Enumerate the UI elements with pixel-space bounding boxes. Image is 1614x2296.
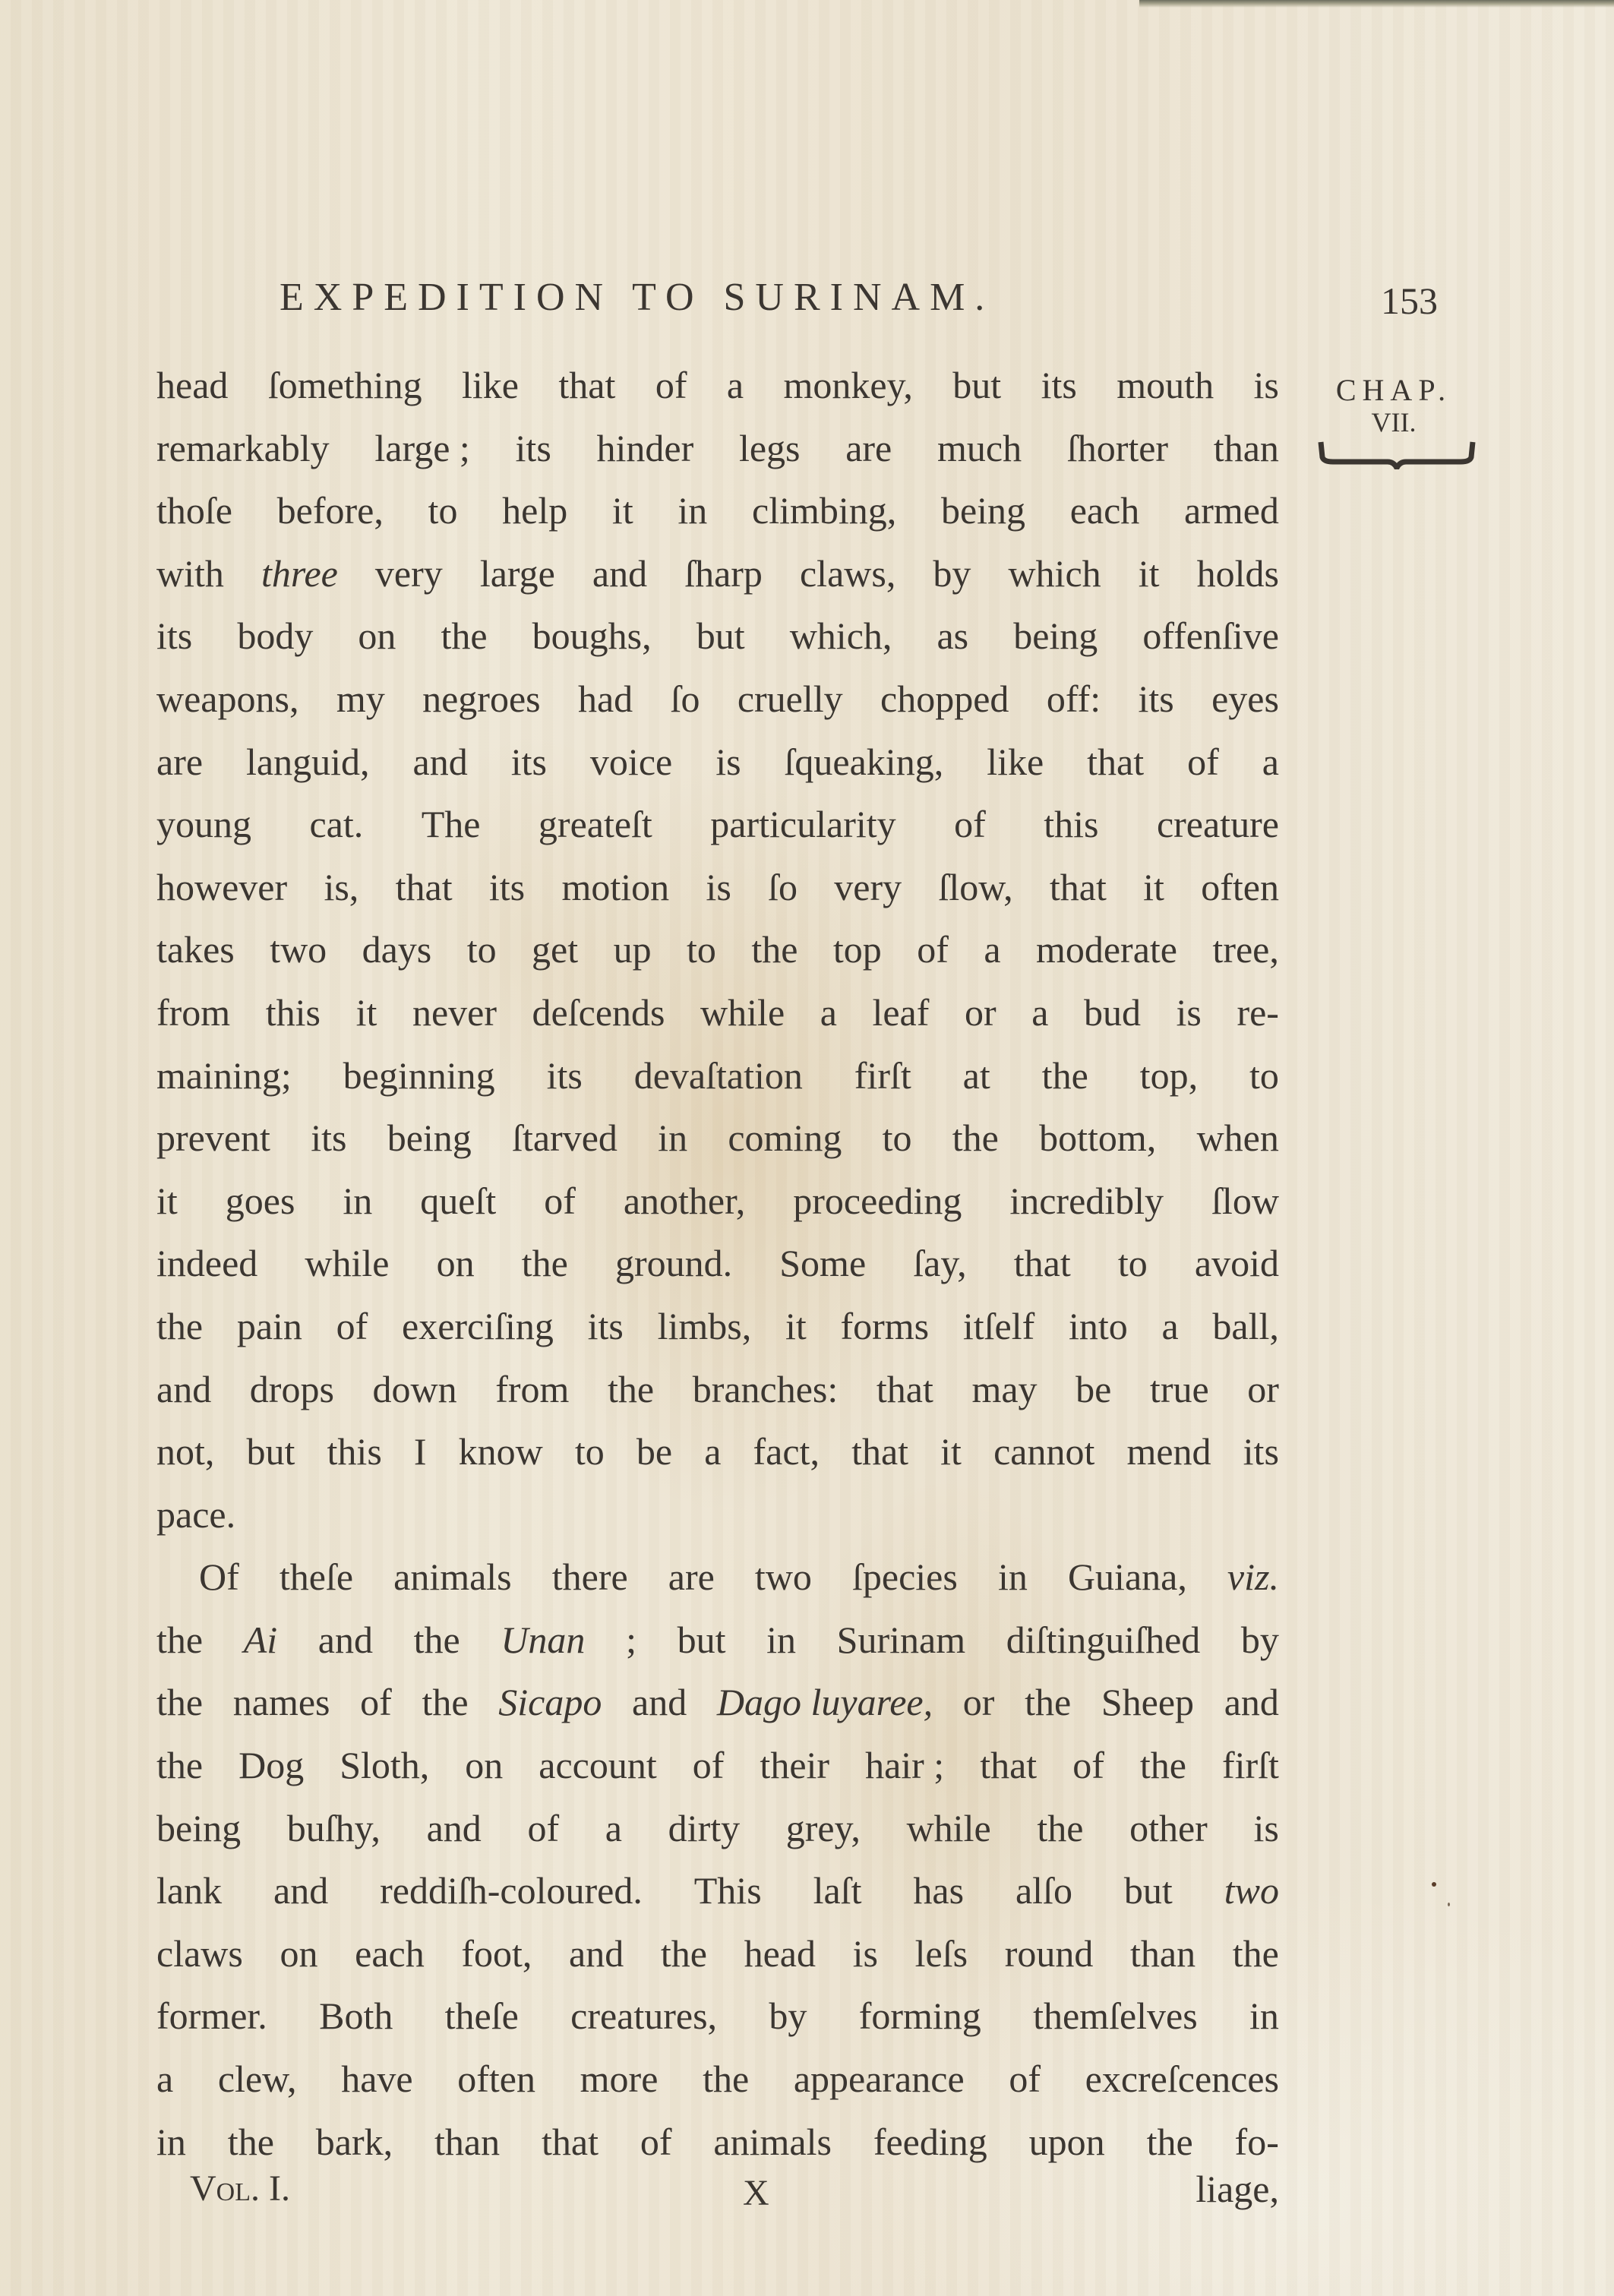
text-line: not,butthisIknowtobeafact,thatitcannotme… <box>156 1420 1279 1483</box>
word: ſpecies <box>852 1546 958 1609</box>
word: limbs, <box>658 1295 752 1358</box>
word: on <box>358 605 396 668</box>
word: its <box>311 1107 346 1170</box>
italic-word: two <box>1224 1859 1279 1922</box>
text-line: takestwodaystogetuptothetopofamoderatetr… <box>156 918 1279 981</box>
word: firſt <box>854 1044 911 1107</box>
word: other <box>1129 1797 1208 1860</box>
italic-word: Dago luyaree, <box>717 1671 933 1734</box>
word: fo- <box>1235 2111 1279 2174</box>
word: maining; <box>156 1044 292 1107</box>
word: the <box>522 1232 568 1295</box>
word: when <box>1197 1107 1279 1170</box>
word: ſo <box>768 856 798 919</box>
word: and <box>1224 1671 1279 1734</box>
word: the <box>608 1358 654 1421</box>
word: weapons, <box>156 668 298 731</box>
word: holds <box>1197 542 1279 605</box>
word: upon <box>1029 2111 1105 2174</box>
word: but <box>1124 1859 1173 1922</box>
word: laſt <box>813 1859 862 1922</box>
word: it <box>612 479 633 542</box>
word: a <box>727 354 744 417</box>
word: leaf <box>872 981 929 1044</box>
word: mouth <box>1117 354 1214 417</box>
word: off: <box>1047 668 1101 731</box>
word: true <box>1150 1358 1209 1421</box>
word: in <box>766 1609 796 1672</box>
word: boughs, <box>532 605 652 668</box>
word: the <box>1147 2111 1193 2174</box>
word: names <box>233 1671 330 1734</box>
text-line: lankandreddiſh-coloured.Thislaſthasalſob… <box>156 1859 1279 1922</box>
word: to <box>467 918 497 981</box>
italic-word: three <box>261 542 338 605</box>
word: than <box>1214 417 1279 480</box>
word: up <box>614 918 652 981</box>
word: head <box>156 354 228 417</box>
word: the <box>1042 1044 1088 1107</box>
word: each <box>355 1922 425 1985</box>
word: on <box>465 1734 503 1797</box>
word: lank <box>156 1859 222 1922</box>
word: while <box>305 1232 389 1295</box>
word: are <box>845 417 892 480</box>
word: in <box>156 2111 186 2174</box>
word: greateſt <box>539 793 652 856</box>
word: devaſtation <box>634 1044 803 1107</box>
word: it <box>785 1295 807 1358</box>
italic-word: viz. <box>1227 1546 1279 1609</box>
word: on <box>437 1232 475 1295</box>
word: than <box>1130 1922 1195 1985</box>
word: may <box>971 1358 1037 1421</box>
word: proceeding <box>793 1170 962 1233</box>
word: by <box>1241 1609 1279 1672</box>
word: hair ; <box>865 1734 944 1797</box>
word: dirty <box>668 1797 740 1860</box>
chapter-label: CHAP. <box>1318 372 1470 409</box>
word: of <box>1187 731 1219 794</box>
word: queſt <box>420 1170 496 1233</box>
word: be <box>636 1420 672 1483</box>
word: leſs <box>915 1922 968 1985</box>
word: is <box>706 856 731 919</box>
text-line: fromthisitneverdeſcendswhilealeaforabudi… <box>156 981 1279 1044</box>
word: Sloth, <box>340 1734 429 1797</box>
margin-note-chapter: CHAP. VII. <box>1318 372 1470 469</box>
word: very <box>375 542 443 605</box>
word: its <box>1243 1420 1279 1483</box>
word: a <box>984 918 1000 981</box>
word: or <box>1247 1358 1279 1421</box>
word: of <box>527 1797 559 1860</box>
word: of <box>1072 1734 1104 1797</box>
word: that <box>1050 856 1107 919</box>
word: than <box>434 2111 500 2174</box>
word: Guiana, <box>1068 1546 1187 1609</box>
text-line: aclew,haveoftenmoretheappearanceofexcreſ… <box>156 2048 1279 2111</box>
word: ſo <box>671 668 700 731</box>
word: round <box>1005 1922 1094 1985</box>
word: to <box>428 479 458 542</box>
word: the <box>1233 1922 1279 1985</box>
word: forms <box>840 1295 929 1358</box>
word: in <box>678 479 707 542</box>
word: each <box>1070 479 1140 542</box>
word: ſharp <box>684 542 763 605</box>
word: negroes <box>422 668 541 731</box>
word: the <box>703 2048 749 2111</box>
word: account <box>539 1734 656 1797</box>
word: motion <box>561 856 669 919</box>
word: is <box>715 731 741 794</box>
word: into <box>1069 1295 1128 1358</box>
word: but <box>247 1420 295 1483</box>
word: exerciſing <box>402 1295 554 1358</box>
word: ball, <box>1212 1295 1278 1358</box>
paper-speck <box>1448 1903 1450 1906</box>
word: never <box>412 981 497 1044</box>
word: on <box>280 1922 317 1985</box>
word: of <box>544 1170 576 1233</box>
word: mend <box>1126 1420 1211 1483</box>
word: themſelves <box>1033 1985 1198 2048</box>
word: ſay, <box>913 1232 966 1295</box>
word: avoid <box>1195 1232 1279 1295</box>
word: drops <box>250 1358 334 1421</box>
word: Of <box>199 1546 239 1609</box>
word: the <box>156 1609 203 1672</box>
word: in <box>998 1546 1028 1609</box>
word: former. <box>156 1985 267 2048</box>
word: The <box>422 793 481 856</box>
word: its <box>516 417 551 480</box>
word: re- <box>1237 981 1279 1044</box>
word: often <box>1201 856 1279 919</box>
footer-catchword: liage, <box>1001 2166 1279 2212</box>
italic-word: Unan <box>501 1609 585 1672</box>
word: ſlow <box>1211 1170 1279 1233</box>
word: the <box>661 1922 707 1985</box>
word: cannot <box>993 1420 1094 1483</box>
text-line: thenamesoftheSicapoandDago luyaree,orthe… <box>156 1671 1279 1734</box>
word: its <box>511 731 547 794</box>
text-line: clawsoneachfoot,andtheheadisleſsroundtha… <box>156 1922 1279 1985</box>
word: theſe <box>280 1546 353 1609</box>
word: ſtarved <box>512 1107 617 1170</box>
word: its <box>156 605 192 668</box>
word: a <box>1162 1295 1179 1358</box>
word: the <box>228 2111 274 2174</box>
word: the <box>1140 1734 1186 1797</box>
word: being <box>156 1797 241 1860</box>
word: not, <box>156 1420 214 1483</box>
text-line: weapons,mynegroeshadſocruellychoppedoff:… <box>156 668 1279 731</box>
word: theſe <box>445 1985 519 2048</box>
word: top, <box>1140 1044 1198 1107</box>
text-line: remarkablylarge ;itshinderlegsaremuchſho… <box>156 417 1279 480</box>
word: offenſive <box>1142 605 1279 668</box>
word: goes <box>226 1170 295 1233</box>
text-line: itgoesinqueſtofanother,proceedingincredi… <box>156 1170 1279 1233</box>
word: its <box>588 1295 624 1358</box>
word: claws <box>156 1922 243 1985</box>
word: is <box>1254 1797 1279 1860</box>
word: be <box>1075 1358 1111 1421</box>
word: like <box>987 731 1044 794</box>
word: to <box>1118 1232 1148 1295</box>
word: to <box>883 1107 912 1170</box>
word: its <box>547 1044 583 1107</box>
word: and <box>632 1671 687 1734</box>
word: ground. <box>615 1232 732 1295</box>
word: thoſe <box>156 479 232 542</box>
word: help <box>502 479 567 542</box>
word: like <box>462 354 519 417</box>
word: that <box>1087 731 1144 794</box>
word: it <box>356 981 377 1044</box>
word: another, <box>624 1170 745 1233</box>
word: as <box>936 605 968 668</box>
word: this <box>327 1420 382 1483</box>
word: ſqueaking, <box>785 731 944 794</box>
text-line: OftheſeanimalstherearetwoſpeciesinGuiana… <box>156 1546 1279 1609</box>
word: clew, <box>218 2048 297 2111</box>
word: forming <box>859 1985 981 2048</box>
running-head: EXPEDITION TO SURINAM. <box>280 275 994 321</box>
word: however <box>156 856 287 919</box>
italic-word: Sicapo <box>498 1671 602 1734</box>
word: foot, <box>461 1922 532 1985</box>
text-line: preventitsbeingſtarvedincomingtothebotto… <box>156 1107 1279 1170</box>
word: while <box>700 981 785 1044</box>
text-line: beingbuſhy,andofadirtygrey,whiletheother… <box>156 1797 1279 1860</box>
word: remarkably <box>156 417 330 480</box>
word: or <box>963 1671 995 1734</box>
chapter-number: VII. <box>1318 409 1470 436</box>
word: Both <box>319 1985 393 2048</box>
word: get <box>532 918 578 981</box>
word: at <box>963 1044 990 1107</box>
word: a <box>820 981 837 1044</box>
word: by <box>769 1985 807 2048</box>
word: and <box>318 1609 373 1672</box>
word: which, <box>790 605 892 668</box>
word: which <box>1008 542 1101 605</box>
word: and <box>273 1859 328 1922</box>
footer-signature-mark: X <box>743 2171 769 2216</box>
word: a <box>1031 981 1048 1044</box>
word: in <box>658 1107 687 1170</box>
word: it <box>940 1420 962 1483</box>
text-line: inthebark,thanthatofanimalsfeedinguponth… <box>156 2111 1279 2174</box>
word: their <box>760 1734 829 1797</box>
word: often <box>457 2048 535 2111</box>
word: to <box>575 1420 605 1483</box>
page-top-edge-shadow <box>1139 0 1614 8</box>
word: the <box>441 605 487 668</box>
word: monkey, <box>784 354 913 417</box>
word: that <box>1014 1232 1071 1295</box>
word: Some <box>779 1232 866 1295</box>
word: it <box>156 1170 178 1233</box>
word: and <box>427 1797 482 1860</box>
word: moderate <box>1036 918 1177 981</box>
text-line: arelanguid,anditsvoiceisſqueaking,liketh… <box>156 731 1279 794</box>
word: of <box>954 793 986 856</box>
word: two <box>270 918 327 981</box>
word: the <box>952 1107 999 1170</box>
word: Sheep <box>1101 1671 1194 1734</box>
text-line: howeveris,thatitsmotionisſoveryſlow,that… <box>156 856 1279 919</box>
word: but <box>678 1609 726 1672</box>
word: climbing, <box>752 479 896 542</box>
word: that <box>558 354 615 417</box>
word: particularity <box>710 793 895 856</box>
word: pace. <box>156 1483 235 1546</box>
word: of <box>360 1671 392 1734</box>
word: days <box>362 918 432 981</box>
footer-volume: Vol. I. <box>190 2166 290 2212</box>
word: or <box>965 981 997 1044</box>
word: of <box>917 918 949 981</box>
curly-brace-icon <box>1318 439 1477 469</box>
word: more <box>580 2048 659 2111</box>
word: is <box>1254 354 1279 417</box>
word: the <box>156 1734 203 1797</box>
word: claws, <box>800 542 895 605</box>
word: reddiſh-coloured. <box>380 1859 643 1922</box>
page-number: 153 <box>1381 278 1438 324</box>
word: the <box>414 1609 460 1672</box>
word: but <box>696 605 745 668</box>
word: diſtinguiſhed <box>1006 1609 1201 1672</box>
word: feeding <box>873 2111 987 2174</box>
word: cruelly <box>738 668 843 731</box>
word: are <box>668 1546 715 1609</box>
word: ſomething <box>268 354 422 417</box>
word: to <box>687 918 716 981</box>
word: down <box>373 1358 457 1421</box>
word: coming <box>728 1107 842 1170</box>
word: had <box>578 668 633 731</box>
word: being <box>941 479 1025 542</box>
word: This <box>694 1859 762 1922</box>
word: its <box>1041 354 1077 417</box>
word: its <box>489 856 525 919</box>
word: voice <box>590 731 672 794</box>
word: my <box>336 668 385 731</box>
word: the <box>156 1295 203 1358</box>
word: hinder <box>597 417 694 480</box>
word: is <box>1177 981 1202 1044</box>
word: itſelf <box>963 1295 1034 1358</box>
word: this <box>1044 793 1098 856</box>
word: and <box>569 1922 624 1985</box>
word: pain <box>237 1295 302 1358</box>
word: incredibly <box>1009 1170 1164 1233</box>
text-line: thoſebefore,tohelpitinclimbing,beingeach… <box>156 479 1279 542</box>
word: and <box>592 542 647 605</box>
word: creature <box>1157 793 1279 856</box>
word: animals <box>393 1546 512 1609</box>
word: is <box>853 1922 878 1985</box>
word: alſo <box>1015 1859 1072 1922</box>
word: a <box>605 1797 622 1860</box>
word: buſhy, <box>287 1797 381 1860</box>
word: its <box>1138 668 1173 731</box>
word: ; <box>626 1609 636 1672</box>
word: branches: <box>693 1358 839 1421</box>
word: prevent <box>156 1107 270 1170</box>
word: Surinam <box>837 1609 965 1672</box>
word: much <box>937 417 1022 480</box>
word: of <box>693 1734 725 1797</box>
word: and <box>156 1358 211 1421</box>
word: two <box>755 1546 812 1609</box>
word: has <box>913 1859 964 1922</box>
word: it <box>1143 856 1164 919</box>
word: animals <box>713 2111 832 2174</box>
word: of <box>336 1295 368 1358</box>
word: being <box>387 1107 472 1170</box>
text-line: former.Boththeſecreatures,byformingthemſ… <box>156 1985 1279 2048</box>
word: eyes <box>1211 668 1279 731</box>
word: firſt <box>1222 1734 1279 1797</box>
word: excreſcences <box>1085 2048 1279 2111</box>
word: from <box>156 981 230 1044</box>
word: but <box>952 354 1001 417</box>
word: have <box>341 2048 412 2111</box>
body-text: headſomethinglikethatofamonkey,butitsmou… <box>156 354 1279 2173</box>
text-line: thepainofexerciſingitslimbs,itformsitſel… <box>156 1295 1279 1358</box>
word: this <box>266 981 321 1044</box>
word: of <box>655 354 687 417</box>
word: while <box>907 1797 991 1860</box>
paper-speck <box>1432 1882 1436 1887</box>
word: tree, <box>1212 918 1278 981</box>
text-line: theDogSloth,onaccountoftheirhair ;thatof… <box>156 1734 1279 1797</box>
word: creatures, <box>570 1985 717 2048</box>
word: from <box>495 1358 569 1421</box>
word: deſcends <box>532 981 665 1044</box>
word: in <box>343 1170 372 1233</box>
word: the <box>751 918 798 981</box>
word: are <box>156 731 203 794</box>
word: bark, <box>316 2111 393 2174</box>
word: ſlow, <box>938 856 1012 919</box>
text-line: theAiandtheUnan;butinSurinamdiſtinguiſhe… <box>156 1609 1279 1672</box>
word: it <box>1139 542 1160 605</box>
word: chopped <box>880 668 1009 731</box>
word: and <box>413 731 468 794</box>
word: indeed <box>156 1232 257 1295</box>
word: bottom, <box>1039 1107 1156 1170</box>
text-line: itsbodyontheboughs,butwhich,asbeingoffen… <box>156 605 1279 668</box>
word: of <box>1009 2048 1041 2111</box>
text-line: anddropsdownfromthebranches:thatmaybetru… <box>156 1358 1279 1421</box>
word: armed <box>1184 479 1279 542</box>
text-line: indeedwhileontheground.Someſay,thattoavo… <box>156 1232 1279 1295</box>
word: know <box>459 1420 543 1483</box>
word: cat. <box>309 793 363 856</box>
word: I <box>414 1420 427 1483</box>
word: very <box>834 856 902 919</box>
word: the <box>422 1671 469 1734</box>
text-line: headſomethinglikethatofamonkey,butitsmou… <box>156 354 1279 417</box>
word: Dog <box>238 1734 304 1797</box>
